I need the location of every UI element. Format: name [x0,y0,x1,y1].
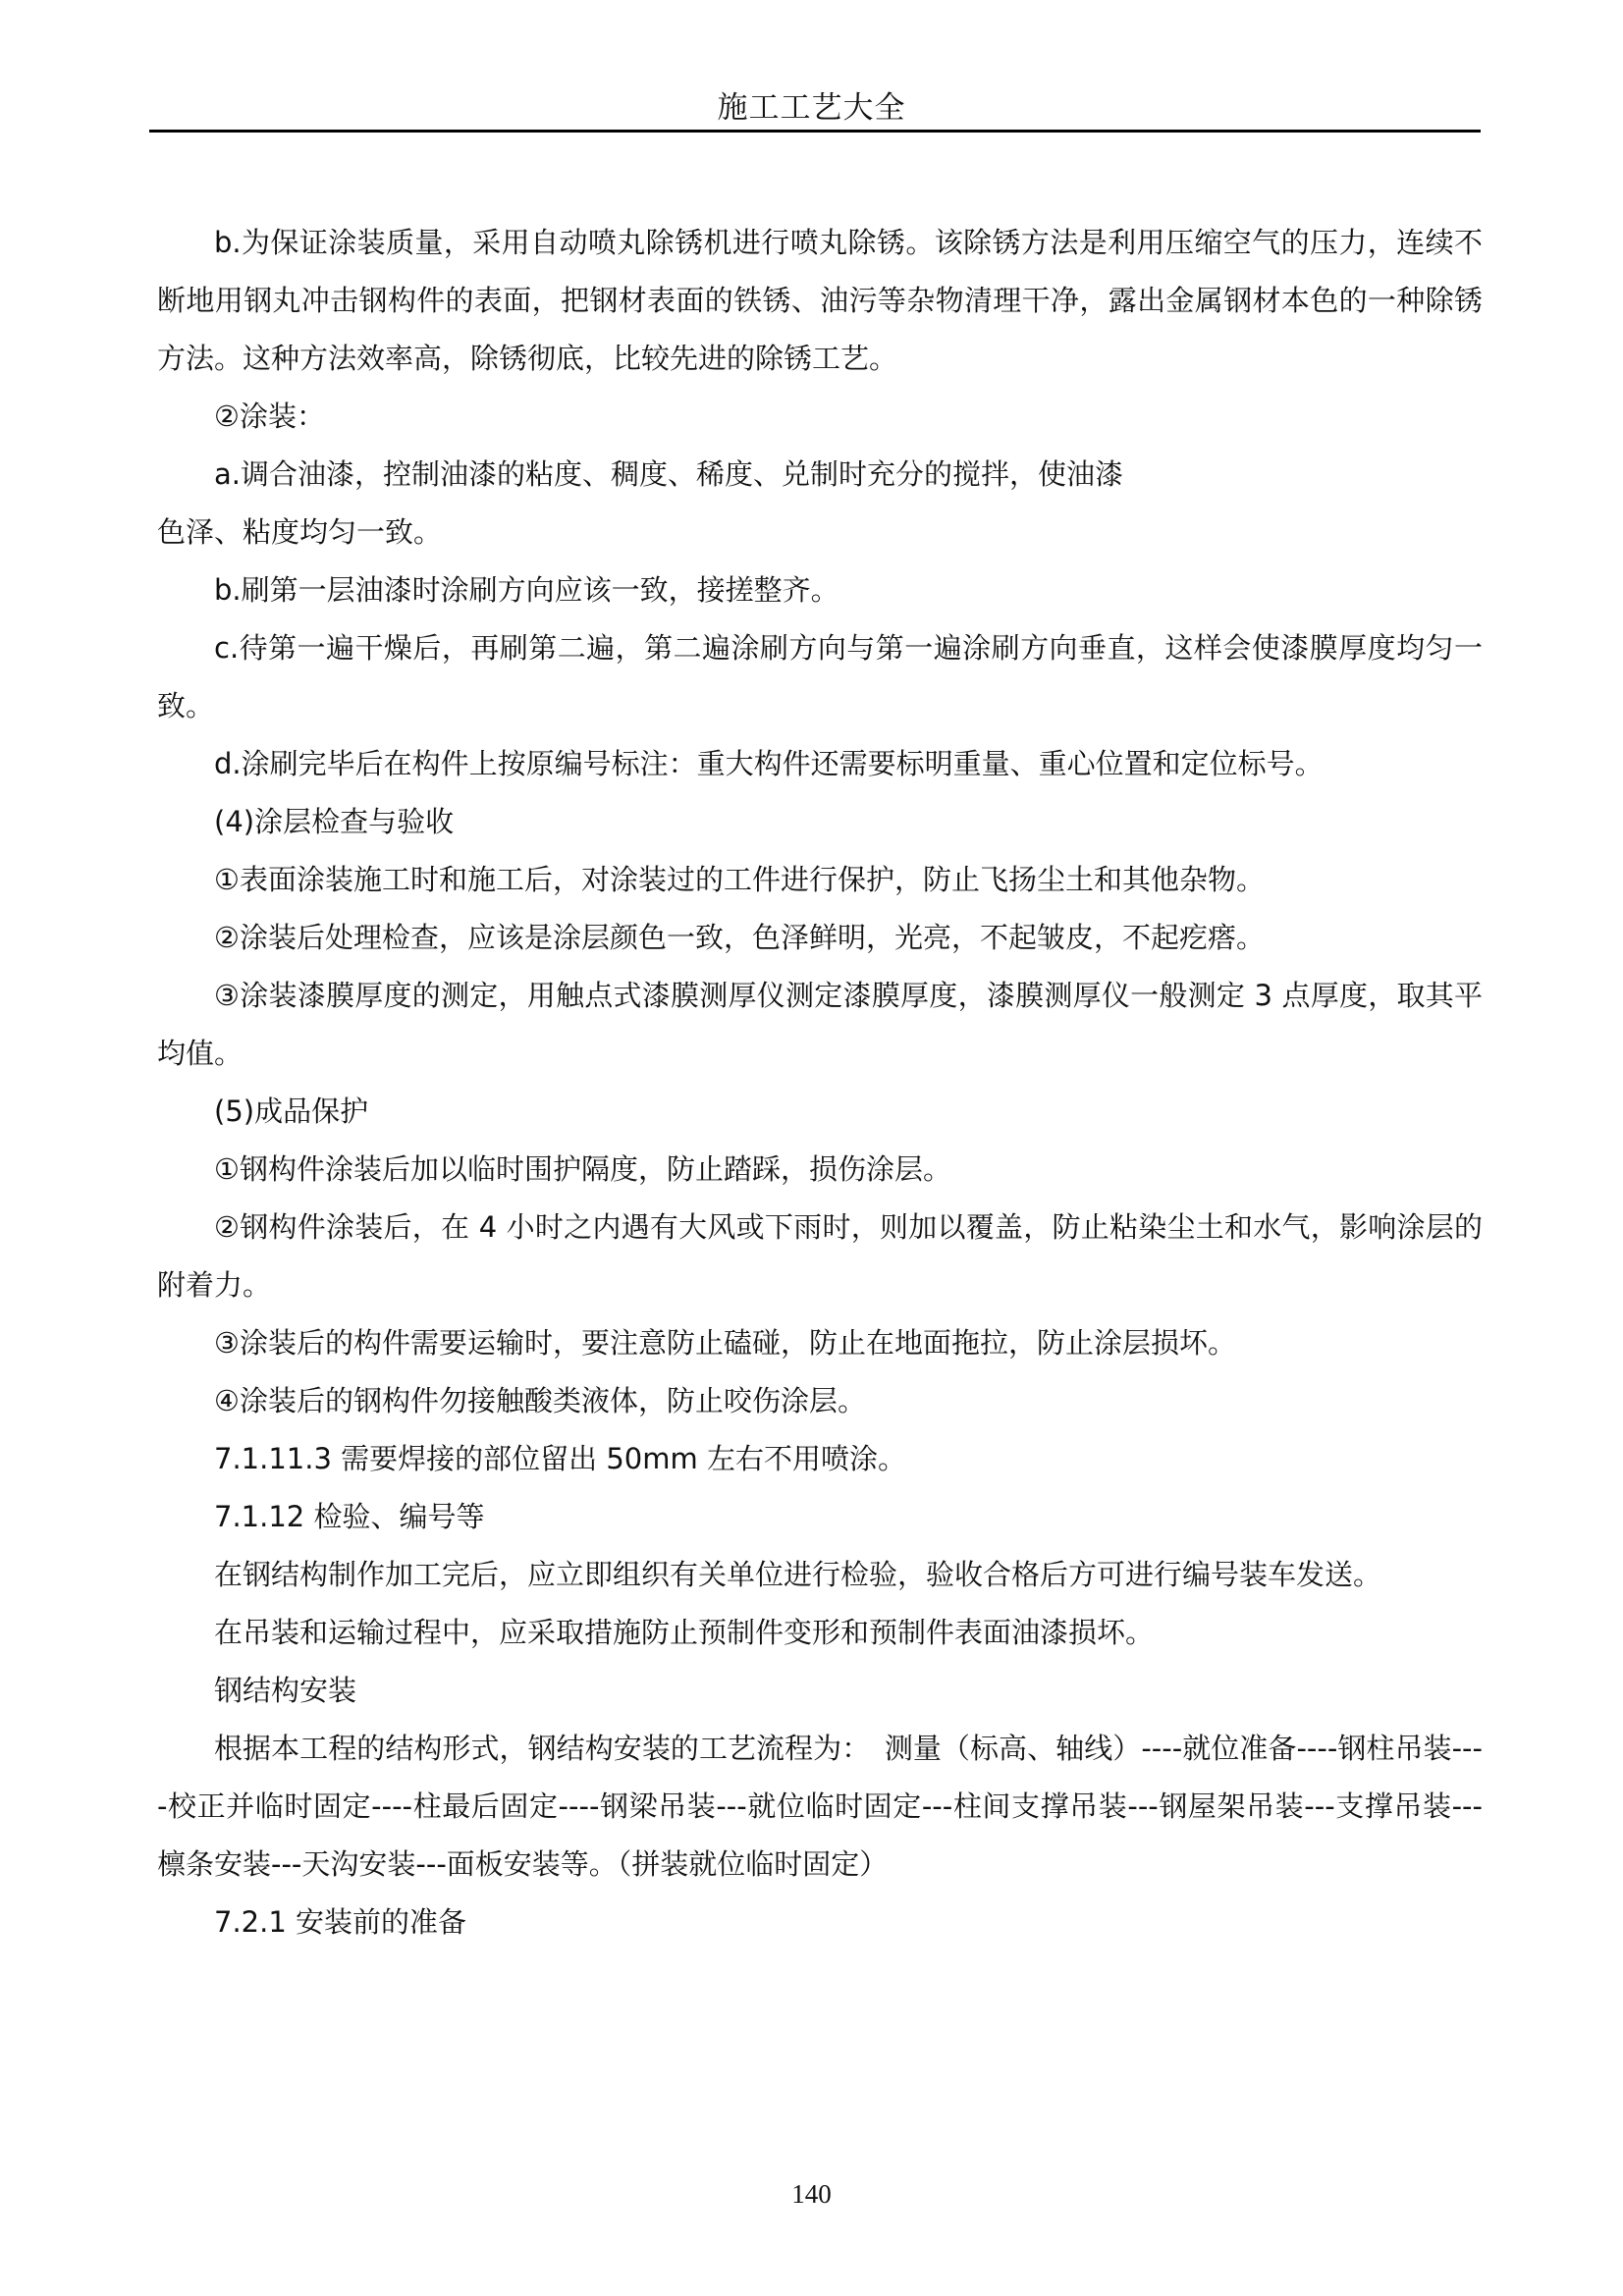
paragraph-transport: 在吊装和运输过程中，应采取措施防止预制件变形和预制件表面油漆损坏。 [157,1604,1483,1662]
page-number: 140 [0,2179,1623,2210]
paragraph-inspection-2: ②涂装后处理检查，应该是涂层颜色一致，色泽鲜明，光亮，不起皱皮，不起疙瘩。 [157,909,1483,967]
paragraph-protection-2: ②钢构件涂装后，在 4 小时之内遇有大风或下雨时，则加以覆盖，防止粘染尘土和水气… [157,1199,1483,1314]
paragraph-inspection-numbering: 在钢结构制作加工完后，应立即组织有关单位进行检验，验收合格后方可进行编号装车发送… [157,1546,1483,1604]
header-divider [149,130,1481,133]
body-text: b.为保证涂装质量，采用自动喷丸除锈机进行喷丸除锈。该除锈方法是利用压缩空气的压… [157,214,1483,1951]
paragraph-protection-3: ③涂装后的构件需要运输时，要注意防止磕碰，防止在地面拖拉，防止涂层损坏。 [157,1314,1483,1372]
paragraph-inspection-1: ①表面涂装施工时和施工后，对涂装过的工件进行保护，防止飞扬尘土和其他杂物。 [157,851,1483,909]
section-heading-protection: (5)成品保护 [157,1083,1483,1141]
section-heading-steel-installation: 钢结构安装 [157,1662,1483,1720]
paragraph-first-coat: b.刷第一层油漆时涂刷方向应该一致，接搓整齐。 [157,561,1483,619]
running-header-title: 施工工艺大全 [0,88,1623,128]
section-heading-7-2-1: 7.2.1 安装前的准备 [157,1894,1483,1951]
section-7-1-11-3: 7.1.11.3 需要焊接的部位留出 50mm 左右不用喷涂。 [157,1430,1483,1488]
paragraph-inspection-3: ③涂装漆膜厚度的测定，用触点式漆膜测厚仪测定漆膜厚度，漆膜测厚仪一般测定 3 点… [157,967,1483,1083]
paragraph-marking: d.涂刷完毕后在构件上按原编号标注：重大构件还需要标明重量、重心位置和定位标号。 [157,735,1483,793]
paragraph-protection-1: ①钢构件涂装后加以临时围护隔度，防止踏踩，损伤涂层。 [157,1141,1483,1199]
section-heading-7-1-12: 7.1.12 检验、编号等 [157,1488,1483,1546]
paragraph-mix-paint: a.调合油漆，控制油漆的粘度、稠度、稀度、兑制时充分的搅拌，使油漆 [157,446,1483,504]
paragraph-process-flow: 根据本工程的结构形式，钢结构安装的工艺流程为： 测量（标高、轴线）----就位准… [157,1720,1483,1894]
paragraph-mix-paint-cont: 色泽、粘度均匀一致。 [157,504,1483,561]
section-heading-inspection: (4)涂层检查与验收 [157,793,1483,851]
document-page: 施工工艺大全 b.为保证涂装质量，采用自动喷丸除锈机进行喷丸除锈。该除锈方法是利… [0,0,1623,2296]
paragraph-protection-4: ④涂装后的钢构件勿接触酸类液体，防止咬伤涂层。 [157,1372,1483,1430]
paragraph-second-coat: c.待第一遍干燥后，再刷第二遍，第二遍涂刷方向与第一遍涂刷方向垂直，这样会使漆膜… [157,619,1483,735]
paragraph-coating-heading: ②涂装： [157,388,1483,446]
paragraph-shot-blasting: b.为保证涂装质量，采用自动喷丸除锈机进行喷丸除锈。该除锈方法是利用压缩空气的压… [157,214,1483,388]
